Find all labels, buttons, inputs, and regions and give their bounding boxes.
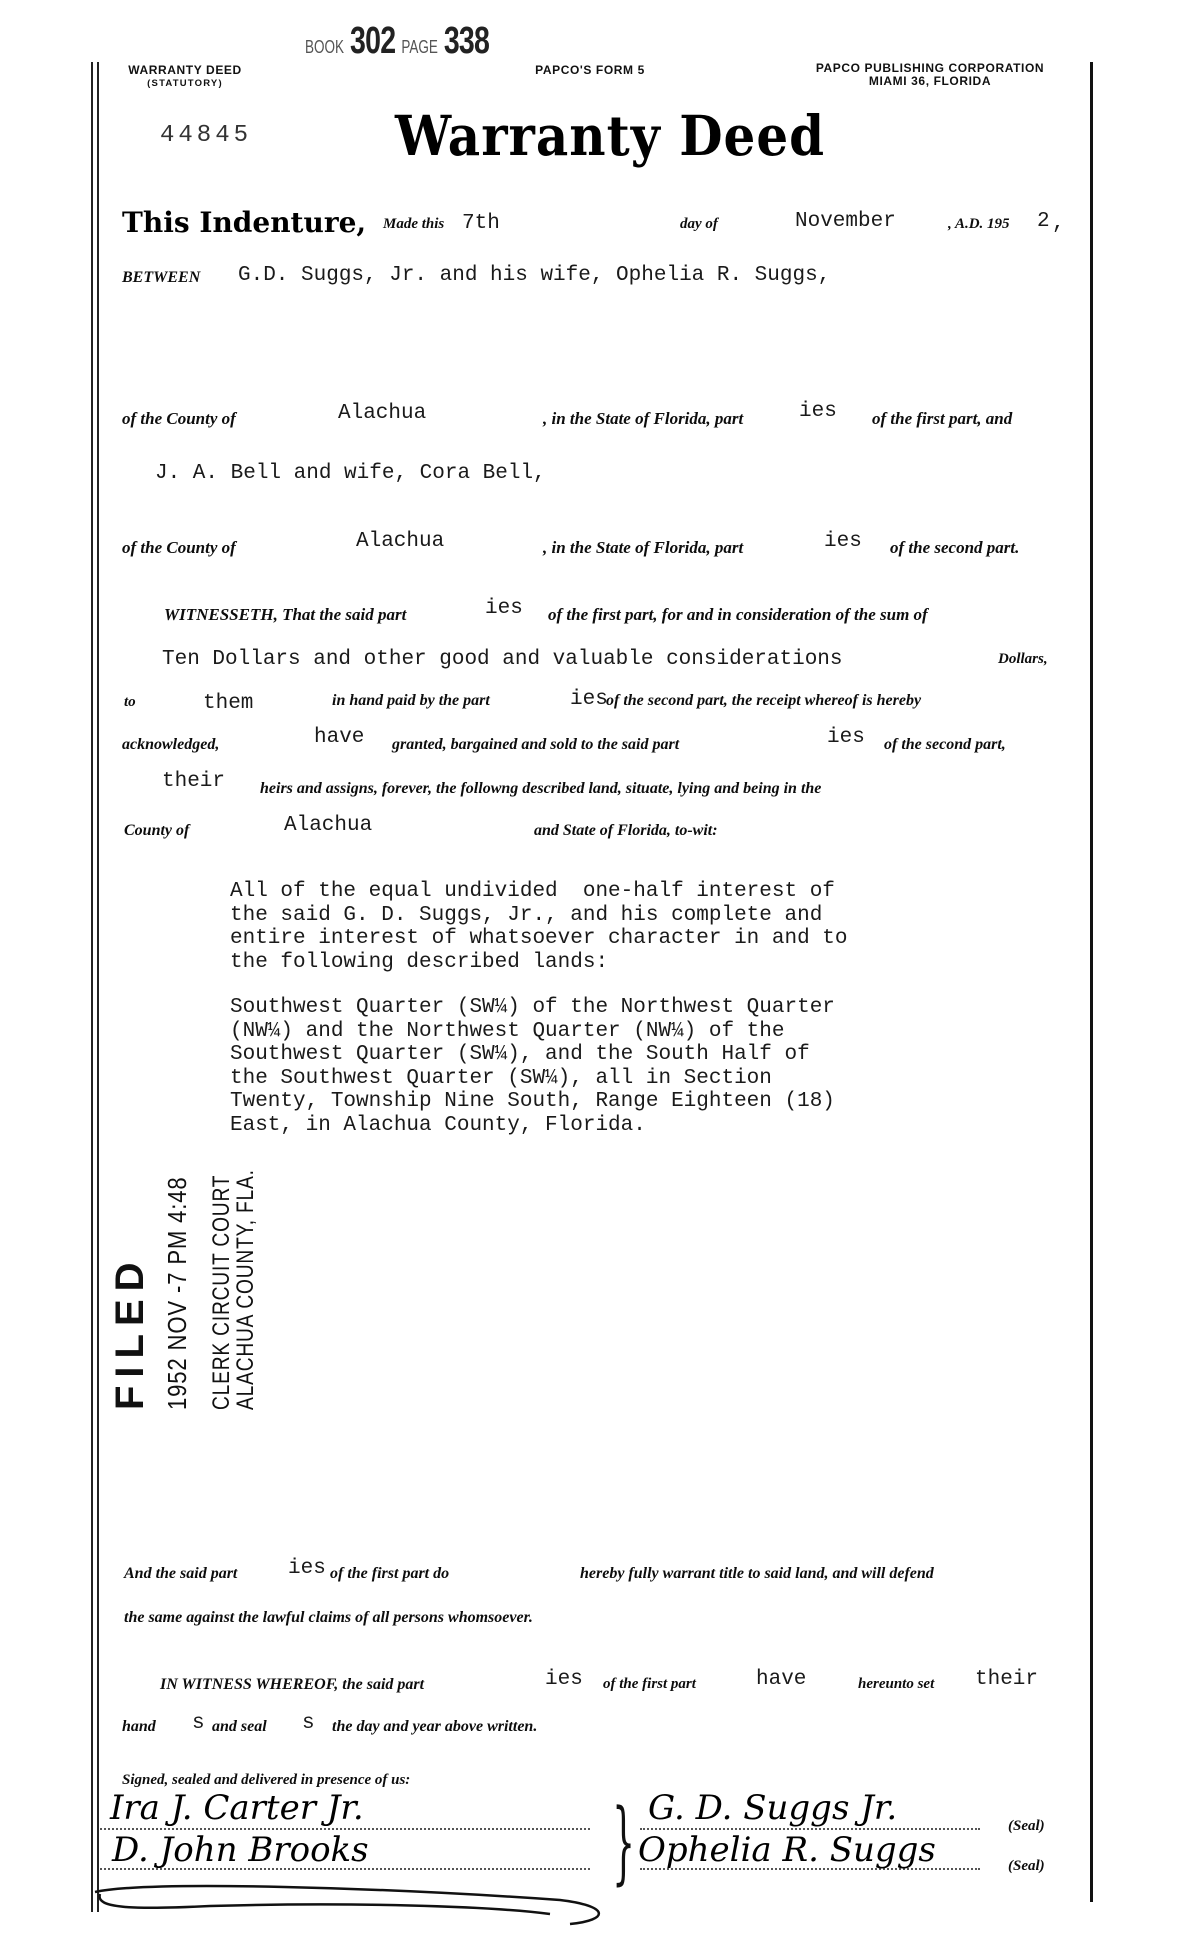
grantor2-signature: Ophelia R. Suggs bbox=[638, 1830, 936, 1870]
first-party-county-label: of the County of bbox=[122, 409, 236, 429]
book-label: BOOK bbox=[305, 37, 344, 58]
witness-their: their bbox=[975, 1668, 1038, 1691]
filed-date-time: 1952 NOV -7 PM 4:48 bbox=[162, 1154, 210, 1410]
heirs-label: heirs and assigns, forever, the followng… bbox=[260, 780, 821, 798]
their-value: their bbox=[162, 770, 225, 793]
publisher-location: MIAMI 36, FLORIDA bbox=[795, 75, 1065, 88]
year-suffix: , bbox=[1052, 212, 1065, 235]
paid-label: in hand paid by the part bbox=[332, 692, 490, 710]
brace-divider: } bbox=[612, 1790, 635, 1895]
second-part-label: of the second part, bbox=[884, 736, 1006, 754]
ad-label: , A.D. 195 bbox=[948, 216, 1010, 233]
day-of-label: day of bbox=[680, 216, 718, 233]
seal-label-2: (Seal) bbox=[1008, 1858, 1045, 1875]
seal-suffix: s bbox=[302, 1712, 315, 1735]
left-border-line-inner bbox=[97, 62, 99, 1912]
first-party-label: of the first part, and bbox=[872, 409, 1012, 429]
to-label: to bbox=[124, 694, 136, 711]
form-title: WARRANTY DEED (STATUTORY) bbox=[120, 64, 250, 90]
witness-verb: have bbox=[756, 1668, 806, 1691]
acknowledged-label: acknowledged, bbox=[122, 736, 219, 754]
hand-label: hand bbox=[122, 1718, 156, 1736]
first-party-suffix: ies bbox=[799, 400, 837, 423]
granted-label: granted, bargained and sold to the said … bbox=[392, 736, 679, 754]
filed-stamp: FILED 1952 NOV -7 PM 4:48 CLERK CIRCUIT … bbox=[108, 1109, 258, 1410]
grantors-names: G.D. Suggs, Jr. and his wife, Ophelia R.… bbox=[238, 264, 830, 287]
document-title: Warranty Deed bbox=[395, 103, 825, 168]
seal-label: and seal bbox=[212, 1718, 267, 1736]
first-party-county: Alachua bbox=[338, 402, 426, 425]
second-party-county: Alachua bbox=[356, 530, 444, 553]
left-border-line bbox=[91, 62, 93, 1912]
consideration-value: Ten Dollars and other good and valuable … bbox=[162, 648, 843, 671]
book-number: 302 bbox=[350, 20, 395, 63]
hand-suffix: s bbox=[192, 1712, 205, 1735]
warranty-line2: the same against the lawful claims of al… bbox=[124, 1609, 533, 1627]
granted-suffix: ies bbox=[827, 726, 865, 749]
witnesseth-continued: of the first part, for and in considerat… bbox=[548, 605, 928, 625]
form-subtitle: (STATUTORY) bbox=[120, 77, 250, 90]
paid-continued: of the second part, the receipt whereof … bbox=[606, 692, 921, 710]
month-value: November bbox=[795, 210, 896, 233]
publisher: PAPCO PUBLISHING CORPORATION MIAMI 36, F… bbox=[795, 62, 1065, 88]
witness2-signature: D. John Brooks bbox=[112, 1830, 369, 1870]
right-border-line bbox=[1090, 62, 1093, 1902]
page-number: 338 bbox=[444, 20, 489, 63]
land-state-label: and State of Florida, to-wit: bbox=[534, 822, 718, 840]
witness-suffix: ies bbox=[545, 1668, 583, 1691]
closing-text: the day and year above written. bbox=[332, 1718, 537, 1736]
paid-suffix: ies bbox=[570, 688, 608, 711]
witnesseth-label: WITNESSETH, That the said part bbox=[164, 605, 406, 625]
second-party-county-label: of the County of bbox=[122, 538, 236, 558]
witness-whereof-label: IN WITNESS WHEREOF, the said part bbox=[160, 1676, 424, 1694]
signature-flourish bbox=[90, 1880, 610, 1940]
land-county-value: Alachua bbox=[284, 814, 372, 837]
year-digit: 2 bbox=[1037, 210, 1050, 233]
county-of-label: County of bbox=[124, 822, 189, 840]
seal-label-1: (Seal) bbox=[1008, 1818, 1045, 1835]
filed-label: FILED bbox=[108, 1109, 162, 1410]
first-party-state-label: , in the State of Florida, part bbox=[543, 409, 743, 429]
record-number: 44845 bbox=[160, 122, 252, 149]
legal-description-intro: All of the equal undivided one-half inte… bbox=[230, 880, 848, 974]
witness1-signature: Ira J. Carter Jr. bbox=[110, 1788, 364, 1828]
between-label: BETWEEN bbox=[122, 269, 200, 287]
day-value: 7th bbox=[462, 212, 500, 235]
filed-county: ALACHUA COUNTY, FLA. bbox=[234, 1169, 258, 1410]
to-whom-value: them bbox=[203, 692, 253, 715]
verb-have: have bbox=[314, 726, 364, 749]
grantor1-signature: G. D. Suggs Jr. bbox=[648, 1788, 897, 1828]
form-number: PAPCO'S FORM 5 bbox=[520, 64, 660, 77]
grantees-names: J. A. Bell and wife, Cora Bell, bbox=[155, 462, 546, 485]
page-label: PAGE bbox=[401, 37, 438, 58]
made-this-label: Made this bbox=[383, 216, 444, 233]
warranty-first-part: of the first part do bbox=[330, 1565, 449, 1583]
second-party-label: of the second part. bbox=[890, 538, 1019, 558]
indenture-heading: This Indenture, bbox=[122, 206, 366, 239]
hereunto-label: hereunto set bbox=[858, 1676, 934, 1693]
legal-description-lands: Southwest Quarter (SW¼) of the Northwest… bbox=[230, 996, 835, 1137]
warranty-hereby: hereby fully warrant title to said land,… bbox=[580, 1565, 934, 1583]
witness-first-part: of the first part bbox=[603, 1676, 696, 1693]
second-party-state-label: , in the State of Florida, part bbox=[543, 538, 743, 558]
warranty-suffix: ies bbox=[288, 1557, 326, 1580]
second-party-suffix: ies bbox=[824, 530, 862, 553]
dollars-label: Dollars, bbox=[998, 651, 1048, 668]
presence-label: Signed, sealed and delivered in presence… bbox=[122, 1772, 410, 1789]
witnesseth-suffix: ies bbox=[485, 597, 523, 620]
filed-office: CLERK CIRCUIT COURT bbox=[210, 1169, 234, 1410]
book-page-stamp: BOOK 302 PAGE 338 bbox=[305, 20, 551, 63]
warranty-label: And the said part bbox=[124, 1565, 237, 1583]
